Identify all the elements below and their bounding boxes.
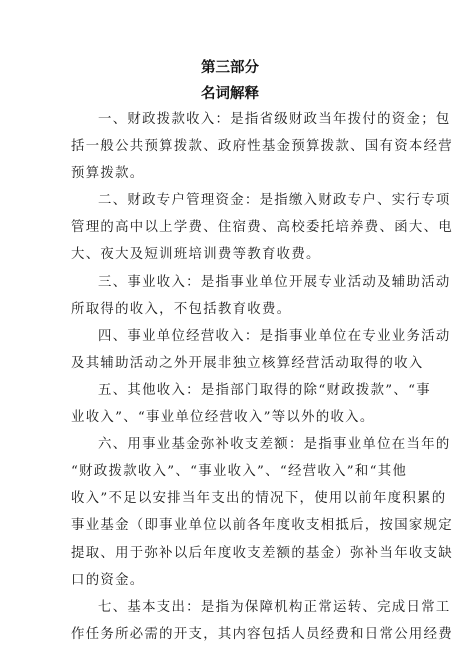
- paragraph-5: 五、其他收入：是指部门取得的除“财政拨款”、“事 业收入”、“事业单位经营收入”…: [71, 377, 391, 431]
- text-line: 四、事业单位经营收入：是指事业单位在专业业务活动: [71, 323, 391, 350]
- text-line: 二、财政专户管理资金：是指缴入财政专户、实行专项: [71, 187, 391, 214]
- text-line: 大、夜大及短训班培训费等教育收费。: [71, 241, 391, 268]
- text-line: 六、用事业基金弥补收支差额：是指事业单位在当年的: [71, 431, 391, 458]
- text-line: 提取、用于弥补以后年度收支差额的基金）弥补当年收支缺: [71, 540, 391, 567]
- paragraph-7: 七、基本支出：是指为保障机构正常运转、完成日常工 作任务所必需的开支，其内容包括…: [71, 594, 391, 648]
- text-line: 业收入”、“事业单位经营收入”等以外的收入。: [71, 404, 391, 431]
- paragraph-2: 二、财政专户管理资金：是指缴入财政专户、实行专项 管理的高中以上学费、住宿费、高…: [71, 187, 391, 268]
- text-line: 所取得的收入，不包括教育收费。: [71, 296, 391, 323]
- paragraph-4: 四、事业单位经营收入：是指事业单位在专业业务活动 及其辅助活动之外开展非独立核算…: [71, 323, 391, 377]
- definitions-body: 一、财政拨款收入：是指省级财政当年拨付的资金；包 括一般公共预算拨款、政府性基金…: [71, 106, 391, 648]
- paragraph-3: 三、事业收入：是指事业单位开展专业活动及辅助活动 所取得的收入，不包括教育收费。: [71, 269, 391, 323]
- text-line: 及其辅助活动之外开展非独立核算经营活动取得的收入: [71, 350, 391, 377]
- text-line: 收入”不足以安排当年支出的情况下，使用以前年度积累的: [71, 485, 391, 512]
- text-line: “财政拨款收入”、“事业收入”、“经营收入”和“其他: [71, 458, 391, 485]
- paragraph-1: 一、财政拨款收入：是指省级财政当年拨付的资金；包 括一般公共预算拨款、政府性基金…: [71, 106, 391, 187]
- text-line: 预算拨款。: [71, 160, 391, 187]
- text-line: 括一般公共预算拨款、政府性基金预算拨款、国有资本经营: [71, 133, 391, 160]
- text-line: 一、财政拨款收入：是指省级财政当年拨付的资金；包: [71, 106, 391, 133]
- text-line: 七、基本支出：是指为保障机构正常运转、完成日常工: [71, 594, 391, 621]
- paragraph-6: 六、用事业基金弥补收支差额：是指事业单位在当年的 “财政拨款收入”、“事业收入”…: [71, 431, 391, 594]
- section-subtitle: 名词解释: [0, 82, 460, 103]
- text-line: 口的资金。: [71, 567, 391, 594]
- text-line: 事业基金（即事业单位以前各年度收支相抵后，按国家规定: [71, 512, 391, 539]
- document-page: 第三部分 名词解释 一、财政拨款收入：是指省级财政当年拨付的资金；包 括一般公共…: [0, 0, 460, 650]
- text-line: 作任务所必需的开支，其内容包括人员经费和日常公用经费: [71, 621, 391, 648]
- part-title: 第三部分: [0, 56, 460, 77]
- text-line: 管理的高中以上学费、住宿费、高校委托培养费、函大、电: [71, 214, 391, 241]
- text-line: 五、其他收入：是指部门取得的除“财政拨款”、“事: [71, 377, 391, 404]
- text-line: 三、事业收入：是指事业单位开展专业活动及辅助活动: [71, 269, 391, 296]
